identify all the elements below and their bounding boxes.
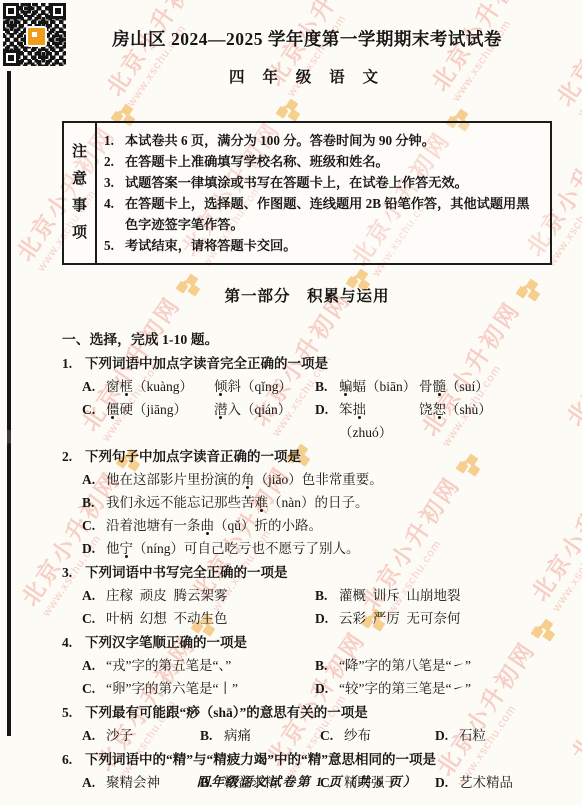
option-text: “降”字的第八笔是“㇀” — [339, 654, 471, 677]
notice-item-text: 在答题卡上，选择题、作图题、连线题用 2B 铅笔作答，其他试题用黑色字迹签字笔作… — [125, 193, 542, 235]
option-word: 倾斜（qǐng） — [214, 375, 292, 398]
notice-item: 1.本试卷共 6 页，满分为 100 分。答卷时间为 90 分钟。 — [104, 130, 542, 151]
option-text: “较”字的第三笔是“㇀” — [339, 677, 471, 700]
notice-item-number: 4. — [104, 193, 125, 235]
question-stem: 下列汉字笔顺正确的一项是 — [85, 631, 552, 654]
watermark: 北京小升初网www.xschu.com — [557, 257, 582, 439]
notice-item-number: 3. — [104, 172, 125, 193]
page-subtitle: 四 年 级 语 文 — [62, 68, 552, 88]
option-c: C.叶柄 幻想 不动生色 — [82, 607, 315, 630]
question-stem: 下列句子中加点字读音正确的一项是 — [85, 445, 552, 468]
option-c: C.纱布 — [320, 724, 435, 747]
notice-item: 4.在答题卡上，选择题、作图题、连线题用 2B 铅笔作答，其他试题用黑色字迹签字… — [104, 193, 542, 235]
question-number: 4. — [62, 631, 85, 654]
notice-side-cell: 注意事项 — [64, 123, 97, 263]
option-c: C.“卵”字的第六笔是“丨” — [82, 677, 315, 700]
page-footer: 四年级语文试卷第 1 页（共 6 页） — [62, 771, 552, 790]
question-1: 1.下列词语中加点字读音完全正确的一项是 A.窗框（kuàng）倾斜（qǐng）… — [62, 352, 552, 444]
question-stem: 下列词语中书写完全正确的一项是 — [85, 561, 552, 584]
option-text: “戎”字的第五笔是“、” — [106, 654, 231, 677]
notice-side-label: 注意事项 — [71, 139, 88, 247]
qr-finder-icon — [50, 3, 66, 19]
question-number: 1. — [62, 352, 85, 375]
option-c: C.沿着池塘有一条曲（qǔ）折的小路。 — [82, 514, 552, 537]
option-word: 饶恕（shù） — [419, 398, 492, 421]
option-b: B.病痛 — [200, 724, 320, 747]
option-a: A.沙子 — [82, 724, 200, 747]
notice-item-text: 在答题卡上准确填写学校名称、班级和姓名。 — [125, 151, 542, 172]
qr-code — [3, 3, 66, 66]
question-number: 6. — [62, 748, 85, 771]
option-d: D.他宁（níng）可自己吃亏也不愿亏了别人。 — [82, 537, 552, 560]
option-text: 庄稼 顽皮 腾云架雾 — [106, 584, 228, 607]
option-a: A.庄稼 顽皮 腾云架雾 — [82, 584, 315, 607]
notice-item: 2.在答题卡上准确填写学校名称、班级和姓名。 — [104, 151, 542, 172]
option-word: 僵硬（jiāng） — [106, 398, 214, 421]
notice-item-text: 试题答案一律填涂或书写在答题卡上，在试卷上作答无效。 — [125, 172, 542, 193]
option-text: 纱布 — [344, 724, 371, 747]
option-a: A.他在这部影片里扮演的角（jiǎo）色非常重要。 — [82, 468, 552, 491]
question-5: 5.下列最有可能跟“痧（shā）”的意思有关的一项是 A.沙子 B.病痛 C.纱… — [62, 701, 552, 747]
option-b: B.蝙蝠（biān）骨髓（suí） — [315, 375, 552, 398]
question-stem: 下列最有可能跟“痧（shā）”的意思有关的一项是 — [85, 701, 552, 724]
option-text: 我们永远不能忘记那些苦难（nàn）的日子。 — [106, 491, 369, 514]
question-number: 2. — [62, 445, 85, 468]
question-stem: 下列词语中加点字读音完全正确的一项是 — [85, 352, 552, 375]
option-text: 灌概 训斥 山崩地裂 — [339, 584, 461, 607]
notice-box: 注意事项 1.本试卷共 6 页，满分为 100 分。答卷时间为 90 分钟。 2… — [62, 121, 552, 265]
option-d: D.“较”字的第三笔是“㇀” — [315, 677, 552, 700]
option-word: 窗框（kuàng） — [106, 375, 214, 398]
notice-list: 1.本试卷共 6 页，满分为 100 分。答卷时间为 90 分钟。 2.在答题卡… — [97, 123, 550, 263]
qr-finder-icon — [3, 50, 19, 66]
option-d: D.石粒 — [435, 724, 552, 747]
qr-finder-icon — [3, 3, 19, 19]
watermark: 北京小升初网www.xschu.com — [547, 0, 582, 119]
scan-edge-line — [7, 71, 11, 736]
part-title: 第一部分 积累与运用 — [62, 287, 552, 306]
option-text: “卵”字的第六笔是“丨” — [106, 677, 238, 700]
notice-item-number: 2. — [104, 151, 125, 172]
exam-content: 房山区 2024—2025 学年度第一学期期末考试试卷 四 年 级 语 文 注意… — [62, 24, 552, 794]
question-4: 4.下列汉字笔顺正确的一项是 A.“戎”字的第五笔是“、” B.“降”字的第八笔… — [62, 631, 552, 700]
notice-item-number: 1. — [104, 130, 125, 151]
option-text: 他宁（níng）可自己吃亏也不愿亏了别人。 — [106, 537, 360, 560]
option-d: D.云彩 严厉 无可奈何 — [315, 607, 552, 630]
option-text: 叶柄 幻想 不动生色 — [106, 607, 228, 630]
option-text: 病痛 — [224, 724, 251, 747]
exam-paper-page: 北京小升初网www.xschu.com 北京小升初网www.xschu.com … — [0, 0, 582, 805]
notice-item-text: 考试结束，请将答题卡交回。 — [125, 235, 542, 256]
option-a: A.窗框（kuàng）倾斜（qǐng） — [82, 375, 315, 398]
option-word: 骨髓（suí） — [419, 375, 489, 398]
watermark: 北京小升初网www.xschu.com — [562, 592, 582, 774]
notice-item: 5.考试结束，请将答题卡交回。 — [104, 235, 542, 256]
notice-item: 3.试题答案一律填涂或书写在答题卡上，在试卷上作答无效。 — [104, 172, 542, 193]
option-text: 沿着池塘有一条曲（qǔ）折的小路。 — [106, 514, 322, 537]
question-stem: 下列词语中的“精”与“精疲力竭”中的“精”意思相同的一项是 — [85, 748, 552, 771]
notice-item-number: 5. — [104, 235, 125, 256]
option-b: B.灌概 训斥 山崩地裂 — [315, 584, 552, 607]
notice-item-text: 本试卷共 6 页，满分为 100 分。答卷时间为 90 分钟。 — [125, 130, 542, 151]
qr-center-logo-icon — [26, 26, 47, 47]
option-a: A.“戎”字的第五笔是“、” — [82, 654, 315, 677]
question-2: 2.下列句子中加点字读音正确的一项是 A.他在这部影片里扮演的角（jiǎo）色非… — [62, 445, 552, 560]
option-b: B.我们永远不能忘记那些苦难（nàn）的日子。 — [82, 491, 552, 514]
option-c: C.僵硬（jiāng）潜入（qián） — [82, 398, 315, 444]
section-intro: 一、选择，完成 1-10 题。 — [62, 328, 552, 351]
option-text: 云彩 严厉 无可奈何 — [339, 607, 461, 630]
option-word: 蝙蝠（biān） — [339, 375, 419, 398]
option-word: 潜入（qián） — [214, 398, 291, 421]
option-b: B.“降”字的第八笔是“㇀” — [315, 654, 552, 677]
question-number: 3. — [62, 561, 85, 584]
option-text: 石粒 — [459, 724, 486, 747]
option-d: D.笨拙（zhuó）饶恕（shù） — [315, 398, 552, 444]
page-title: 房山区 2024—2025 学年度第一学期期末考试试卷 — [62, 26, 552, 52]
option-text: 沙子 — [106, 724, 133, 747]
question-3: 3.下列词语中书写完全正确的一项是 A.庄稼 顽皮 腾云架雾 B.灌概 训斥 山… — [62, 561, 552, 630]
option-word: 笨拙（zhuó） — [339, 398, 419, 444]
option-text: 他在这部影片里扮演的角（jiǎo）色非常重要。 — [106, 468, 383, 491]
question-number: 5. — [62, 701, 85, 724]
